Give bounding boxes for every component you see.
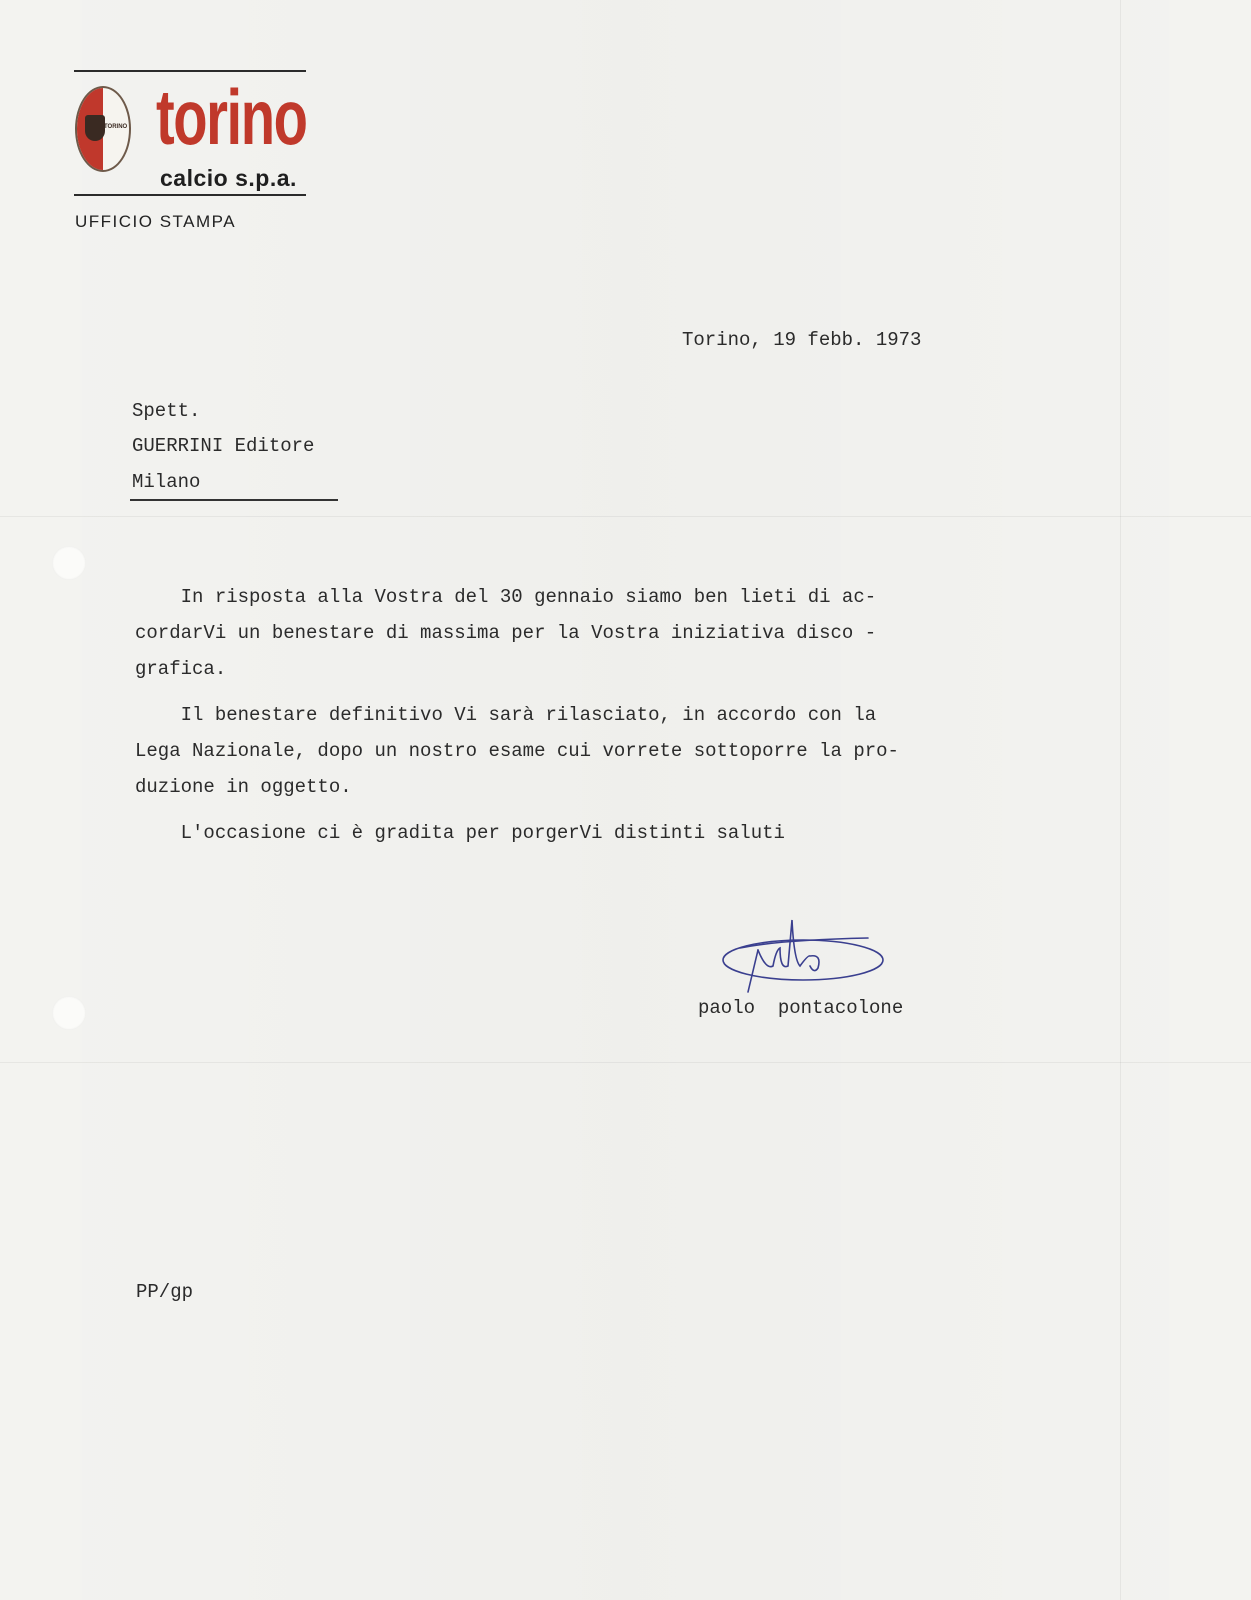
fold-line xyxy=(1120,0,1121,1600)
address-underline xyxy=(130,499,338,501)
letterhead-top-rule xyxy=(74,70,306,72)
signer-name: paolo pontacolone xyxy=(698,998,903,1018)
letterhead-bottom-rule xyxy=(74,194,306,196)
punch-hole xyxy=(52,996,86,1030)
body-line: Il benestare definitivo Vi sarà rilascia… xyxy=(135,705,876,725)
punch-hole xyxy=(52,546,86,580)
recipient-name: GUERRINI Editore xyxy=(132,436,314,456)
handwritten-signature xyxy=(718,900,898,1000)
recipient-city: Milano xyxy=(132,472,200,492)
recipient-salutation: Spett. xyxy=(132,401,200,421)
date-line: Torino, 19 febb. 1973 xyxy=(682,330,921,350)
letter-paper xyxy=(0,0,1251,1600)
body-line: duzione in oggetto. xyxy=(135,777,352,797)
bull-shield-icon xyxy=(85,115,105,141)
body-line: cordarVi un benestare di massima per la … xyxy=(135,623,876,643)
brand-subtitle: calcio s.p.a. xyxy=(160,165,297,192)
club-crest-logo: TORINO xyxy=(75,86,131,172)
body-line: In risposta alla Vostra del 30 gennaio s… xyxy=(135,587,876,607)
reference-initials: PP/gp xyxy=(136,1282,193,1302)
brand-name: torino xyxy=(156,78,306,156)
fold-line xyxy=(0,1062,1251,1063)
office-label: UFFICIO STAMPA xyxy=(75,212,236,232)
body-line: grafica. xyxy=(135,659,226,679)
body-line: Lega Nazionale, dopo un nostro esame cui… xyxy=(135,741,899,761)
body-line: L'occasione ci è gradita per porgerVi di… xyxy=(135,823,785,843)
fold-line xyxy=(0,516,1251,517)
